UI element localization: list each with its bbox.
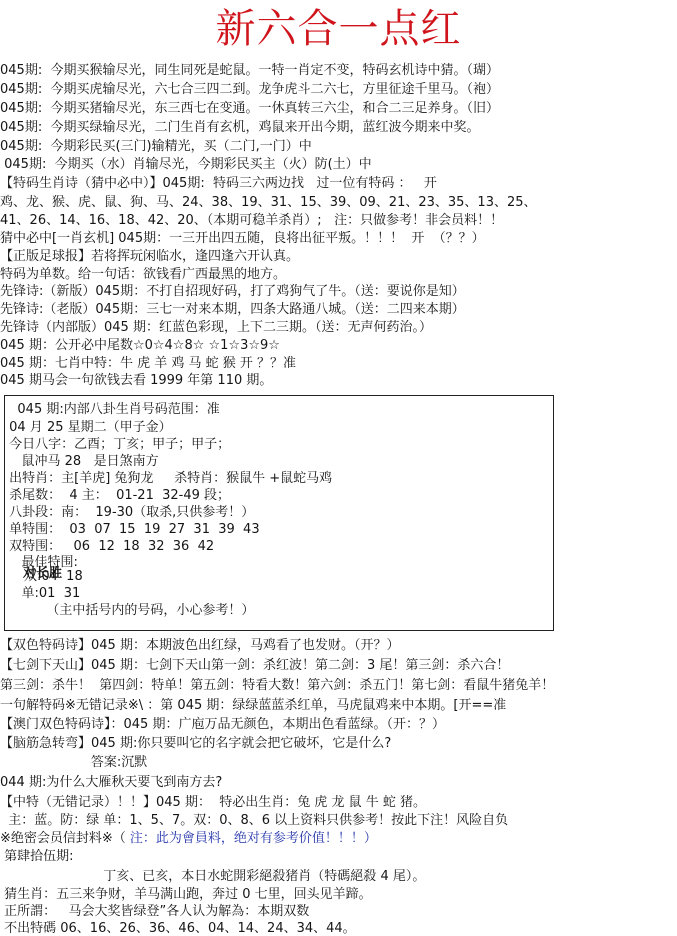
text-line: 045期: 今期买猴输尽光，同生同死是蛇鼠。一特一肖定不变，特码玄机诗中猜。（瑚… bbox=[0, 62, 499, 80]
text-line: 41、26、14、16、18、42、20、（本期可稳羊杀肖）; 注：只做参考！非… bbox=[0, 212, 503, 230]
text-line: 不出特碼 06、16、26、36、46、04、14、24、34、44。 bbox=[0, 920, 356, 936]
box-line: 杀尾数： 4 主： 01-21 32-49 段； bbox=[5, 487, 230, 505]
text-line: 【特码生肖诗（猜中必中）】045期: 特码三六两边找 过一位有特码 ： 开 bbox=[0, 175, 437, 193]
box-line: 04 月 25 星期二（甲子金） bbox=[5, 419, 172, 437]
text-line: 045 期：七肖中特：牛 虎 羊 鸡 马 蛇 猴 开 ？？准 bbox=[0, 355, 296, 373]
text-line: 【双色特码诗】045 期：本期波色出红绿，马鸡看了也发财。（开？） bbox=[0, 637, 399, 655]
member-prefix: ※绝密会员信封料※（ bbox=[0, 831, 126, 846]
box-line: 045 期:内部八卦生肖号码范围：准 bbox=[5, 401, 220, 419]
text-line: 【脑筋急转弯】045 期:你只要叫它的名字就会把它破坏，它是什么? bbox=[0, 735, 391, 753]
member-line: ※绝密会员信封料※（ 注：此为會員料，绝对有参考价值！！！） bbox=[0, 830, 377, 848]
box-line: 鼠冲马 28 是日煞南方 bbox=[5, 453, 159, 471]
page-title: 新六合一点红 bbox=[0, 4, 677, 54]
text-line: 先锋诗:（老版）045期：三七一对来本期，四条大路通八城。（送：二四来本期） bbox=[0, 301, 465, 319]
text-line: 045期: 今期买虎输尽光，六七合三四二到。龙争虎斗二六七，方里征途千里马。（袍… bbox=[0, 81, 499, 99]
member-note: 注：此为會員料，绝对有参考价值！！！） bbox=[126, 831, 377, 846]
box-overlap-label: 对长胜 bbox=[23, 565, 62, 583]
text-line: 【正版足球报】若将挥玩闲临水，逢四逢六开认真。 bbox=[0, 248, 299, 266]
box-line: 单:01 31 bbox=[5, 585, 80, 603]
text-line: 猜中必中[一肖玄机] 045期：一三开出四五随，良将出征平叛。！！！ 开 （？？… bbox=[0, 230, 485, 248]
text-line: 第三剑：杀牛！ 第四剑：特单！第五剑：特看大数！第六剑：杀五门！第七剑：看鼠牛猪… bbox=[0, 677, 554, 695]
box-line: 八卦段：南： 19-30（取杀,只供参考！） bbox=[5, 504, 254, 522]
text-line: 特码为单数。给一句话：欲钱看广西最黑的地方。 bbox=[0, 266, 286, 284]
text-line: 045期: 今期买绿输尽光，二门生肖有玄机，鸡鼠来开出今期，蓝红波今期来中奖。 bbox=[0, 119, 479, 137]
text-line: 044 期:为什么大雁秋天要飞到南方去? bbox=[0, 774, 222, 792]
text-line: 045 期马会一句欲钱去看 1999 年第 110 期。 bbox=[0, 372, 272, 390]
box-line: 单特围： 03 07 15 19 27 31 39 43 bbox=[5, 521, 260, 539]
text-line: 答案:沉默 bbox=[0, 754, 147, 772]
text-line: 045期: 今期买（水）肖输尽光，今期彩民买主（火）防(土）中 bbox=[0, 156, 372, 174]
text-line: 一句解特码※无错记录※\ ：第 045 期：绿绿蓝蓝杀红单，马虎鼠鸡来中本期。[… bbox=[0, 697, 506, 715]
text-line: 045 期：公开必中尾数☆0☆4☆8☆ ☆1☆3☆9☆ bbox=[0, 337, 280, 355]
text-line: 【七剑下天山】045 期：七剑下天山第一剑：杀红波！第二剑：3 尾！第三剑：杀六… bbox=[0, 657, 509, 675]
text-line: 045期: 今期彩民买(三门)输精光，买（二门,一门）中 bbox=[0, 138, 312, 156]
text-line: 丁亥、已亥，本日水蛇開彩絕殺猪肖（特碼絕殺 4 尾）。 bbox=[0, 868, 425, 886]
box-line: 今日八字：乙酉；丁亥；甲子；甲子； bbox=[5, 436, 230, 454]
box-line: （主中括号内的号码，小心参考！） bbox=[5, 602, 254, 620]
text-line: 先锋诗（内部版）045 期：红蓝色彩现，上下二三期。（送：无声何药治。） bbox=[0, 319, 432, 337]
text-line: 第肆拾伍期: bbox=[0, 848, 74, 866]
text-line: 主：蓝。防：绿 单：1、5、7。双：0、8、6 以上资料只供参考！按此下注！风险… bbox=[0, 812, 508, 830]
text-line: 正所謂： 马会大奖皆绿登”各人认为解為：本期双数 bbox=[0, 903, 309, 921]
text-line: 鸡、龙、猴、虎、鼠、狗、马、24、38、19、31、15、39、09、21、23… bbox=[0, 194, 537, 212]
text-line: 猜生肖：五三来争财，羊马满山跑，奔过 0 七里，回头见羊蹄。 bbox=[0, 886, 372, 904]
text-line: 【中特（无错记录）！！】045 期： 特必出生肖：兔 虎 龙 鼠 牛 蛇 猪。 bbox=[0, 794, 426, 812]
text-line: 【澳门双色特码诗】：045 期：广庖万品无颜色，本期出色看蓝绿。（开：？） bbox=[0, 716, 445, 734]
bagua-info-box: 045 期:内部八卦生肖号码范围：准 04 月 25 星期二（甲子金） 今日八字… bbox=[4, 395, 554, 631]
text-line: 先锋诗:（新版）045期：不打自招现好码，打了鸡狗气了牛。（送：要说你是知） bbox=[0, 283, 465, 301]
box-line: 出特肖：主[羊虎] 兔狗龙 杀特肖：猴鼠牛 +鼠蛇马鸡 bbox=[5, 470, 332, 488]
text-line: 045期: 今期买猪输尽光，东三西七在变通。一休真转三六尘，和合二三足养身。（旧… bbox=[0, 100, 499, 118]
